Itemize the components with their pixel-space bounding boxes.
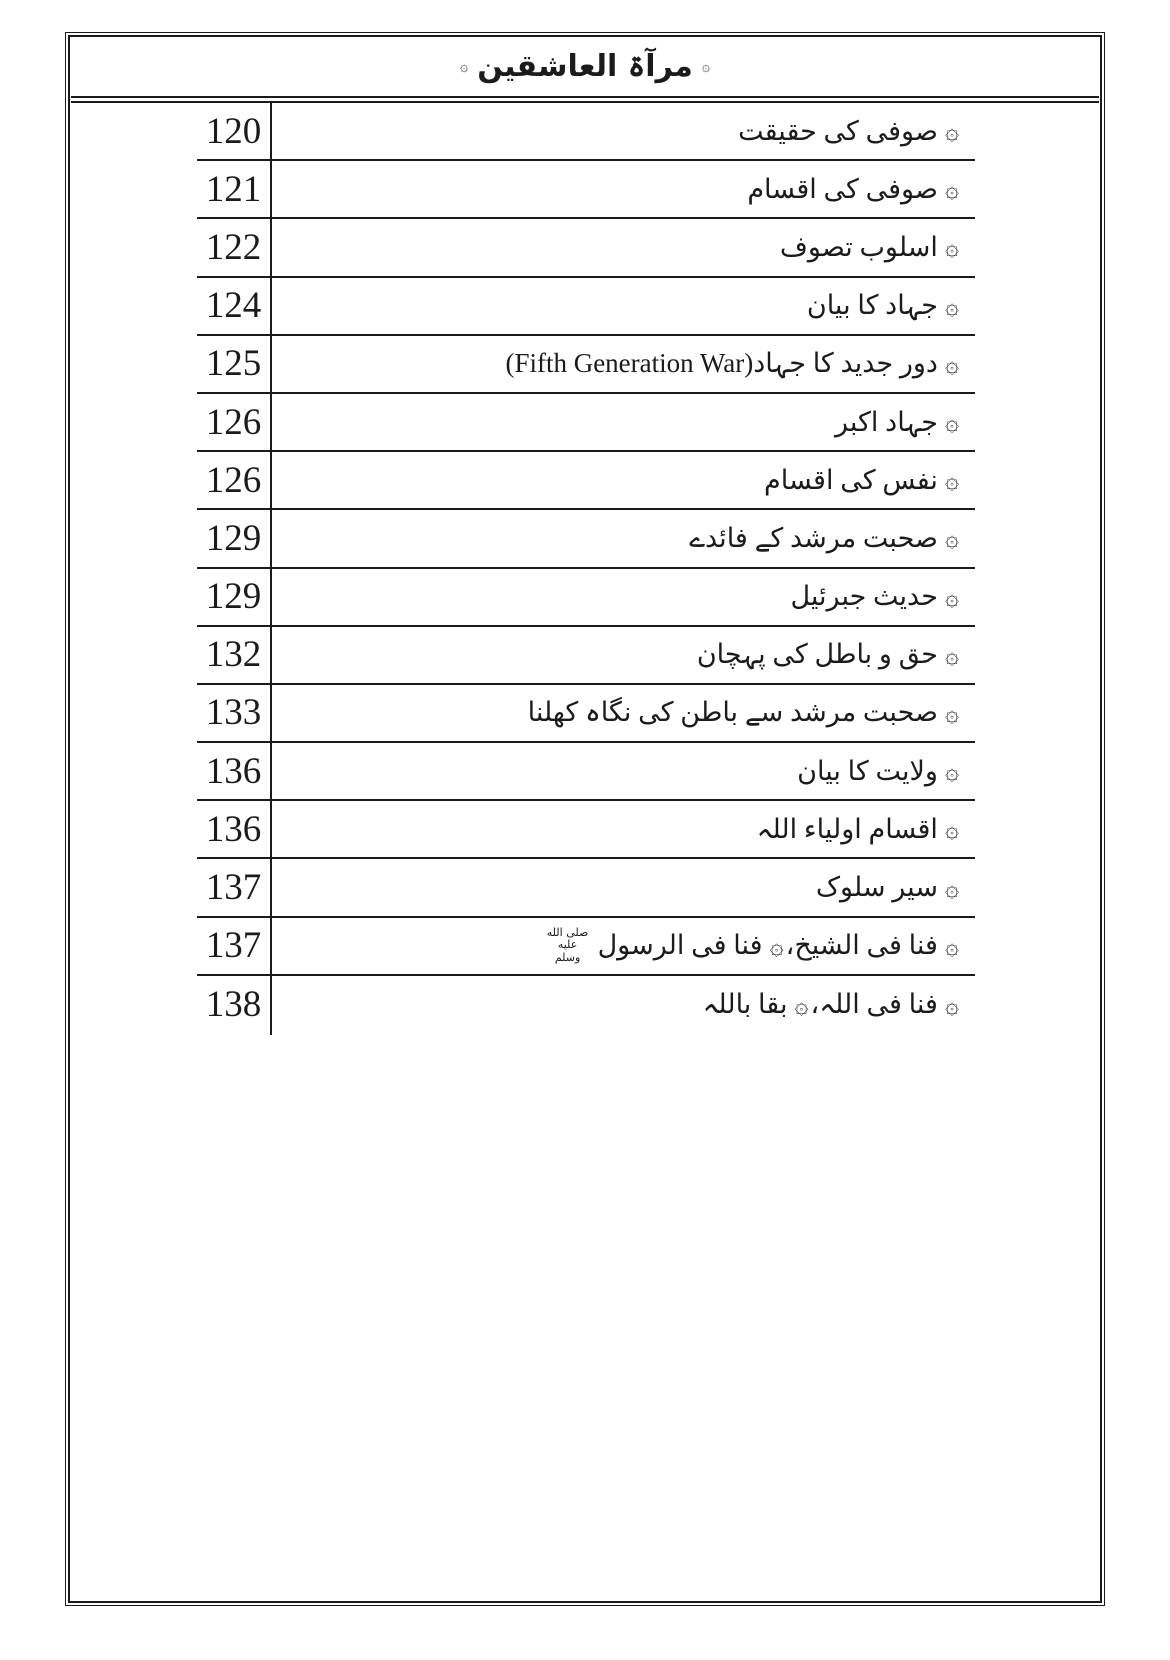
page-number: 126 [197, 452, 270, 508]
rosette-icon: ۞ [945, 759, 959, 783]
page-number: 122 [197, 219, 270, 275]
page-number: 137 [197, 918, 270, 974]
rosette-icon: ۞ [945, 701, 959, 725]
toc-row: 137۞سیر سلوک [197, 859, 975, 917]
page-number: 125 [197, 336, 270, 392]
toc-row: 129۞حدیث جبرئیل [197, 569, 975, 627]
rosette-icon: ۞ [945, 993, 959, 1017]
toc-row: 136۞ولایت کا بیان [197, 743, 975, 801]
toc-title: ۞صحبت مرشد کے فائدے [270, 510, 975, 566]
page-number: 132 [197, 627, 270, 683]
rosette-icon: ۞ [945, 817, 959, 841]
toc-title: ۞جہاد اکبر [270, 394, 975, 450]
toc-title: ۞ولایت کا بیان [270, 743, 975, 799]
page-number: 121 [197, 161, 270, 217]
toc-title: ۞صوفی کی حقیقت [270, 103, 975, 159]
toc-title: ۞صوفی کی اقسام [270, 161, 975, 217]
toc-title: ۞نفس کی اقسام [270, 452, 975, 508]
rosette-icon: ۞ [945, 468, 959, 492]
page-number: 137 [197, 859, 270, 915]
toc-title: ۞سیر سلوک [270, 859, 975, 915]
rosette-icon: ۞ [702, 60, 710, 74]
book-title: مرآۃ العاشقین [477, 52, 693, 82]
rosette-icon: ۞ [460, 60, 468, 74]
toc-title: ۞صحبت مرشد سے باطن کی نگاہ کھلنا [270, 685, 975, 741]
page-number: 133 [197, 685, 270, 741]
rosette-icon: ۞ [945, 876, 959, 900]
toc-title: ۞دور جدید کا جہاد(Fifth Generation War) [270, 336, 975, 392]
page-number: 136 [197, 801, 270, 857]
rosette-icon: ۞ [945, 934, 959, 958]
toc-title: ۞اسلوب تصوف [270, 219, 975, 275]
toc-row: 129۞صحبت مرشد کے فائدے [197, 510, 975, 568]
page-number: 129 [197, 569, 270, 625]
header-divider [71, 96, 1099, 103]
page-number: 124 [197, 278, 270, 334]
toc-row: 125۞دور جدید کا جہاد(Fifth Generation Wa… [197, 336, 975, 394]
toc-row: 132۞حق و باطل کی پہچان [197, 627, 975, 685]
toc-title: ۞حدیث جبرئیل [270, 569, 975, 625]
toc-row: 136۞اقسام اولیاء اللہ [197, 801, 975, 859]
toc-row: 122۞اسلوب تصوف [197, 219, 975, 277]
page-number: 138 [197, 976, 270, 1034]
toc-row: 137۞فنا فی الشیخ، ۞ فنا فی الرسول صلى ال… [197, 918, 975, 976]
toc-row: 121۞صوفی کی اقسام [197, 161, 975, 219]
toc-row: 120۞صوفی کی حقیقت [197, 103, 975, 161]
table-of-contents: 120۞صوفی کی حقیقت121۞صوفی کی اقسام122۞اس… [197, 103, 975, 1034]
rosette-icon: ۞ [770, 934, 784, 958]
rosette-icon: ۞ [945, 235, 959, 259]
page-number: 136 [197, 743, 270, 799]
toc-title: ۞اقسام اولیاء اللہ [270, 801, 975, 857]
toc-row: 138۞فنا فی اللہ، ۞ بقا باللہ [197, 976, 975, 1034]
rosette-icon: ۞ [945, 410, 959, 434]
toc-row: 126۞جہاد اکبر [197, 394, 975, 452]
toc-title: ۞فنا فی اللہ، ۞ بقا باللہ [270, 976, 975, 1034]
toc-row: 126۞نفس کی اقسام [197, 452, 975, 510]
page-header: ۞ مرآۃ العاشقین ۞ [71, 38, 1099, 96]
page-number: 129 [197, 510, 270, 566]
rosette-icon: ۞ [945, 294, 959, 318]
toc-row: 124۞جہاد کا بیان [197, 278, 975, 336]
toc-row: 133۞صحبت مرشد سے باطن کی نگاہ کھلنا [197, 685, 975, 743]
toc-title: ۞فنا فی الشیخ، ۞ فنا فی الرسول صلى الله … [270, 918, 975, 974]
rosette-icon: ۞ [945, 526, 959, 550]
rosette-icon: ۞ [945, 643, 959, 667]
page-number: 126 [197, 394, 270, 450]
rosette-icon: ۞ [945, 177, 959, 201]
book-page: { "colors": { "ink": "#1b1b1b", "paper":… [0, 0, 1170, 1660]
rosette-icon: ۞ [945, 352, 959, 376]
rosette-icon: ۞ [945, 585, 959, 609]
rosette-icon: ۞ [794, 993, 808, 1017]
toc-title: ۞حق و باطل کی پہچان [270, 627, 975, 683]
salawat-ligature: صلى الله عليه وسلم [544, 927, 592, 965]
rosette-icon: ۞ [945, 119, 959, 143]
page-number: 120 [197, 103, 270, 159]
toc-title: ۞جہاد کا بیان [270, 278, 975, 334]
column-divider [270, 103, 272, 1035]
